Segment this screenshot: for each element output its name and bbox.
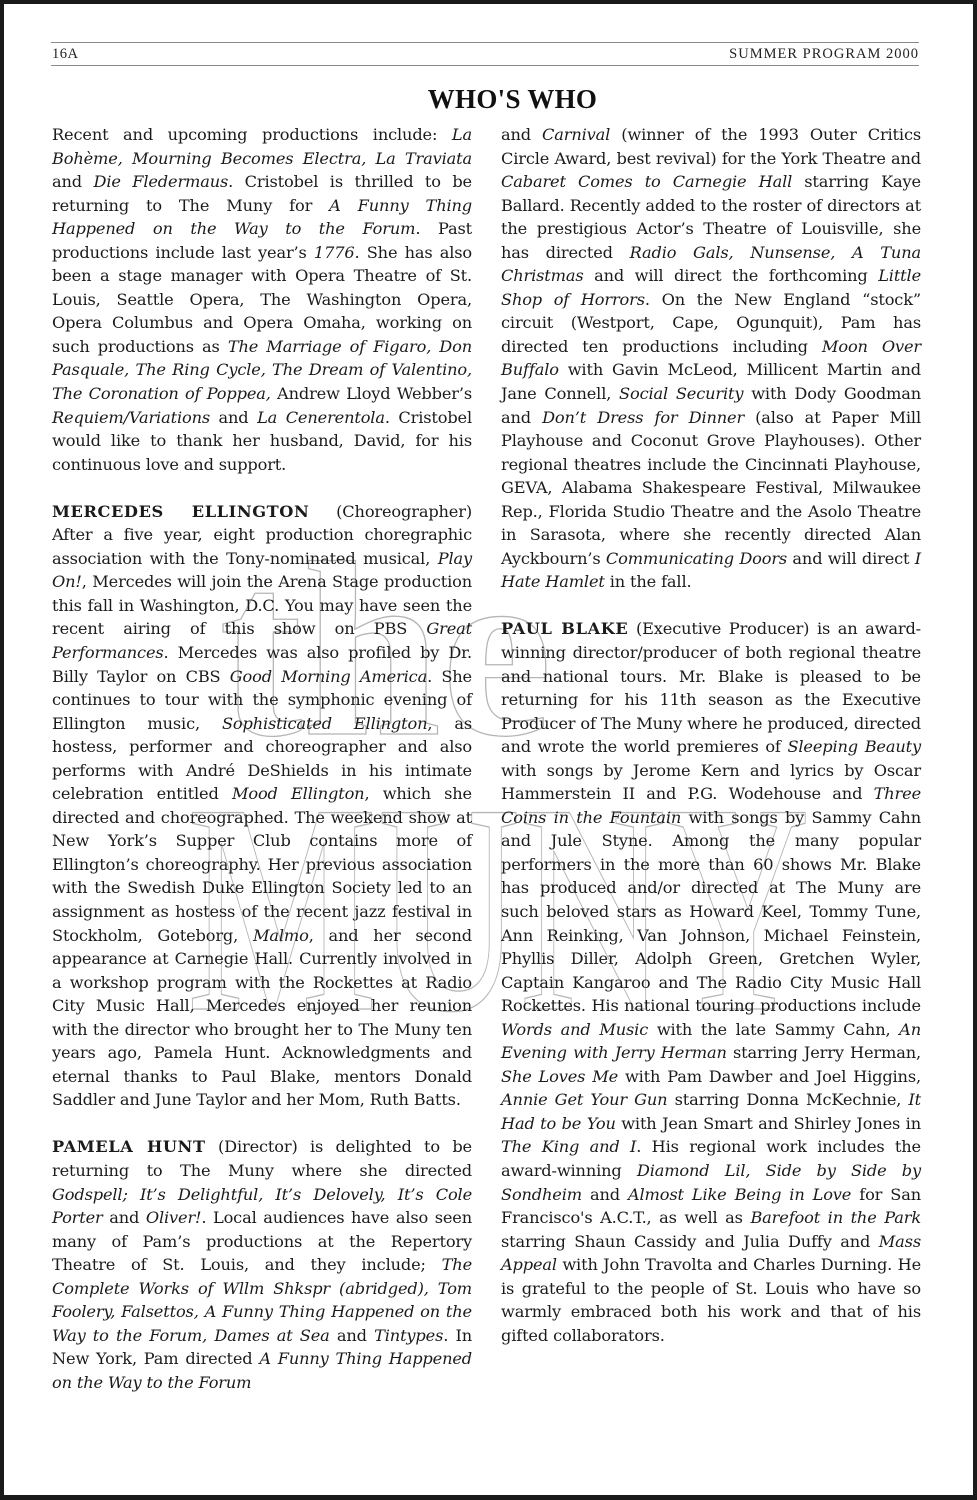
production-title: 1776 xyxy=(314,243,355,262)
production-title: Annie Get Your Gun xyxy=(501,1090,667,1109)
bio-text: is an award-winning director/producer of… xyxy=(501,619,921,1344)
right-column: and Carnival (winner of the 1993 Outer C… xyxy=(501,123,921,1371)
production-title: Barefoot in the Park xyxy=(750,1208,921,1227)
bio-name: PAUL BLAKE xyxy=(501,619,628,638)
production-title: Words and Music xyxy=(501,1020,648,1039)
bio-pamela-hunt: PAMELA HUNT (Director) is delighted to b… xyxy=(52,1135,472,1394)
bio-name: PAMELA HUNT xyxy=(52,1137,206,1156)
bio-text: After a five year, eight production chor… xyxy=(52,525,472,1109)
production-title: Sleeping Beauty xyxy=(787,737,921,756)
production-title: She Loves Me xyxy=(501,1067,618,1086)
production-title: Oliver! xyxy=(146,1208,202,1227)
production-title: La Cenerentola xyxy=(257,408,385,427)
production-title: Good Morning America xyxy=(230,667,427,686)
bio-mercedes-ellington: MERCEDES ELLINGTON (Choreographer) After… xyxy=(52,500,472,1112)
bio-role: (Executive Producer) xyxy=(628,619,809,638)
bio-pamela-hunt-continued: and Carnival (winner of the 1993 Outer C… xyxy=(501,123,921,594)
page-title: WHO'S WHO xyxy=(4,84,973,115)
production-title: The King and I xyxy=(501,1137,636,1156)
production-title: Sophisticated Ellington xyxy=(222,714,427,733)
production-title: Social Security xyxy=(619,384,743,403)
page-number: 16A xyxy=(52,46,78,63)
bio-text: is delighted to be returning to The Muny… xyxy=(52,1137,472,1391)
bio-name: MERCEDES ELLINGTON xyxy=(52,502,309,521)
bio-paul-blake: PAUL BLAKE (Executive Producer) is an aw… xyxy=(501,617,921,1347)
bio-role: (Director) xyxy=(206,1137,298,1156)
production-title: Don’t Dress for Dinner xyxy=(542,408,744,427)
production-title: Tintypes xyxy=(374,1326,443,1345)
running-header: 16A SUMMER PROGRAM 2000 xyxy=(51,42,919,66)
bio-cristobel-continued: Recent and upcoming productions include:… xyxy=(52,123,472,476)
production-title: Requiem/Variations xyxy=(52,408,210,427)
bio-role: (Choreographer) xyxy=(309,502,472,521)
production-title: Almost Like Being in Love xyxy=(628,1185,851,1204)
production-title: Cabaret Comes to Carnegie Hall xyxy=(501,172,792,191)
production-title: Carnival xyxy=(542,125,610,144)
publication-title: SUMMER PROGRAM 2000 xyxy=(729,46,919,63)
production-title: Malmo xyxy=(253,926,309,945)
production-title: Mood Ellington xyxy=(232,784,365,803)
program-page: 16A SUMMER PROGRAM 2000 WHO'S WHO the MU… xyxy=(0,0,977,1500)
production-title: Communicating Doors xyxy=(606,549,787,568)
production-title: Die Fledermaus xyxy=(93,172,228,191)
left-column: Recent and upcoming productions include:… xyxy=(52,123,472,1418)
